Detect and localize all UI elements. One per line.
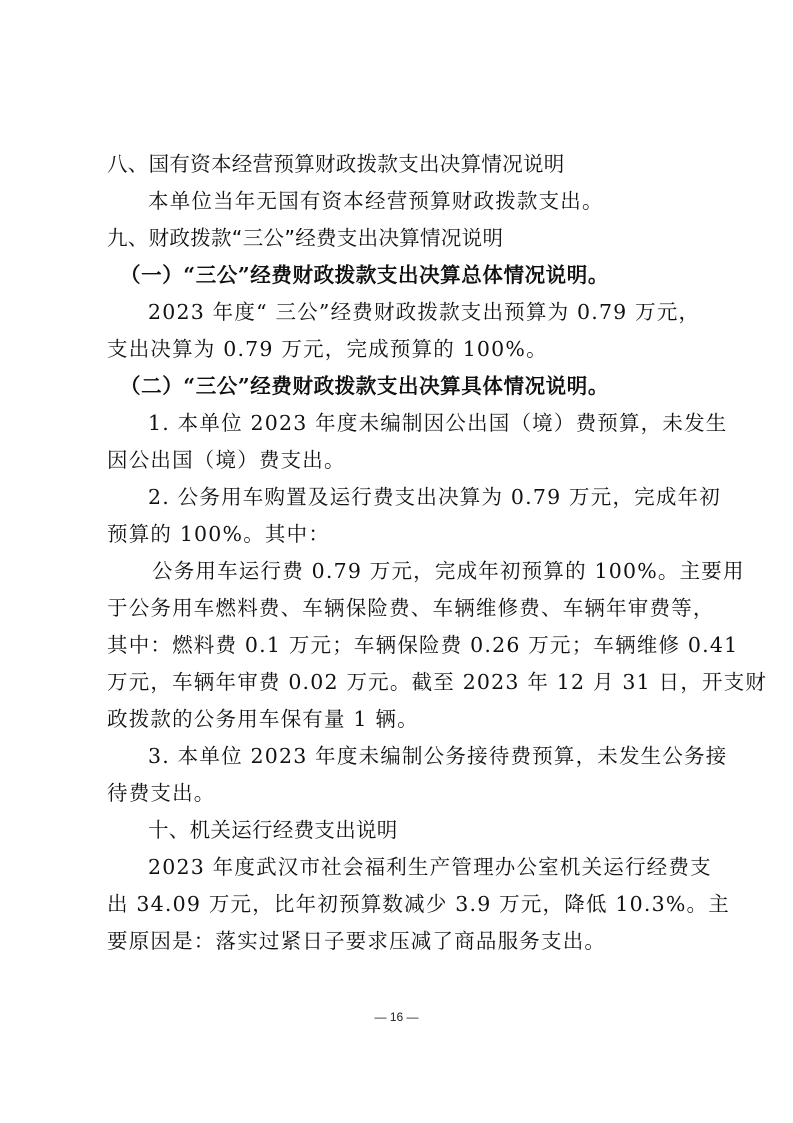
paragraph-line: 预算的 100%。其中： — [107, 520, 697, 548]
section-heading-9: 九、财政拨款“三公”经费支出决算情况说明 — [107, 224, 697, 252]
paragraph-line: 1. 本单位 2023 年度未编制因公出国（境）费预算，未发生 — [148, 409, 698, 437]
subsection-heading-9-2: （二）“三公”经费财政拨款支出决算具体情况说明。 — [120, 372, 710, 400]
paragraph-line: 因公出国（境）费支出。 — [107, 446, 697, 474]
document-page: 八、国有资本经营预算财政拨款支出决算情况说明 本单位当年无国有资本经营预算财政拨… — [0, 0, 793, 1123]
paragraph-line: 出 34.09 万元，比年初预算数减少 3.9 万元，降低 10.3%。主 — [107, 890, 697, 918]
paragraph-line: 公务用车运行费 0.79 万元，完成年初预算的 100%。主要用 — [152, 557, 698, 585]
paragraph-line: 3. 本单位 2023 年度未编制公务接待费预算，未发生公务接 — [148, 742, 698, 770]
page-number: — 16 — — [0, 1010, 793, 1024]
section-heading-10: 十、机关运行经费支出说明 — [148, 816, 698, 844]
paragraph-line: 万元，车辆年审费 0.02 万元。截至 2023 年 12 月 31 日，开支财 — [107, 668, 697, 696]
paragraph-line: 于公务用车燃料费、车辆保险费、车辆维修费、车辆年审费等， — [107, 594, 697, 622]
paragraph-line: 待费支出。 — [107, 779, 697, 807]
paragraph-line: 2. 公务用车购置及运行费支出决算为 0.79 万元，完成年初 — [148, 483, 698, 511]
paragraph-line: 2023 年度“ 三公”经费财政拨款支出预算为 0.79 万元， — [148, 298, 698, 326]
paragraph-line: 政拨款的公务用车保有量 1 辆。 — [107, 705, 697, 733]
paragraph-line: 要原因是：落实过紧日子要求压减了商品服务支出。 — [107, 927, 697, 955]
paragraph-line: 2023 年度武汉市社会福利生产管理办公室机关运行经费支 — [148, 853, 698, 881]
section-heading-8: 八、国有资本经营预算财政拨款支出决算情况说明 — [107, 150, 697, 178]
paragraph-line: 支出决算为 0.79 万元，完成预算的 100%。 — [107, 335, 697, 363]
paragraph-line: 其中：燃料费 0.1 万元；车辆保险费 0.26 万元；车辆维修 0.41 — [107, 631, 697, 659]
subsection-heading-9-1: （一）“三公”经费财政拨款支出决算总体情况说明。 — [120, 261, 710, 289]
section-8-paragraph: 本单位当年无国有资本经营预算财政拨款支出。 — [148, 187, 698, 215]
